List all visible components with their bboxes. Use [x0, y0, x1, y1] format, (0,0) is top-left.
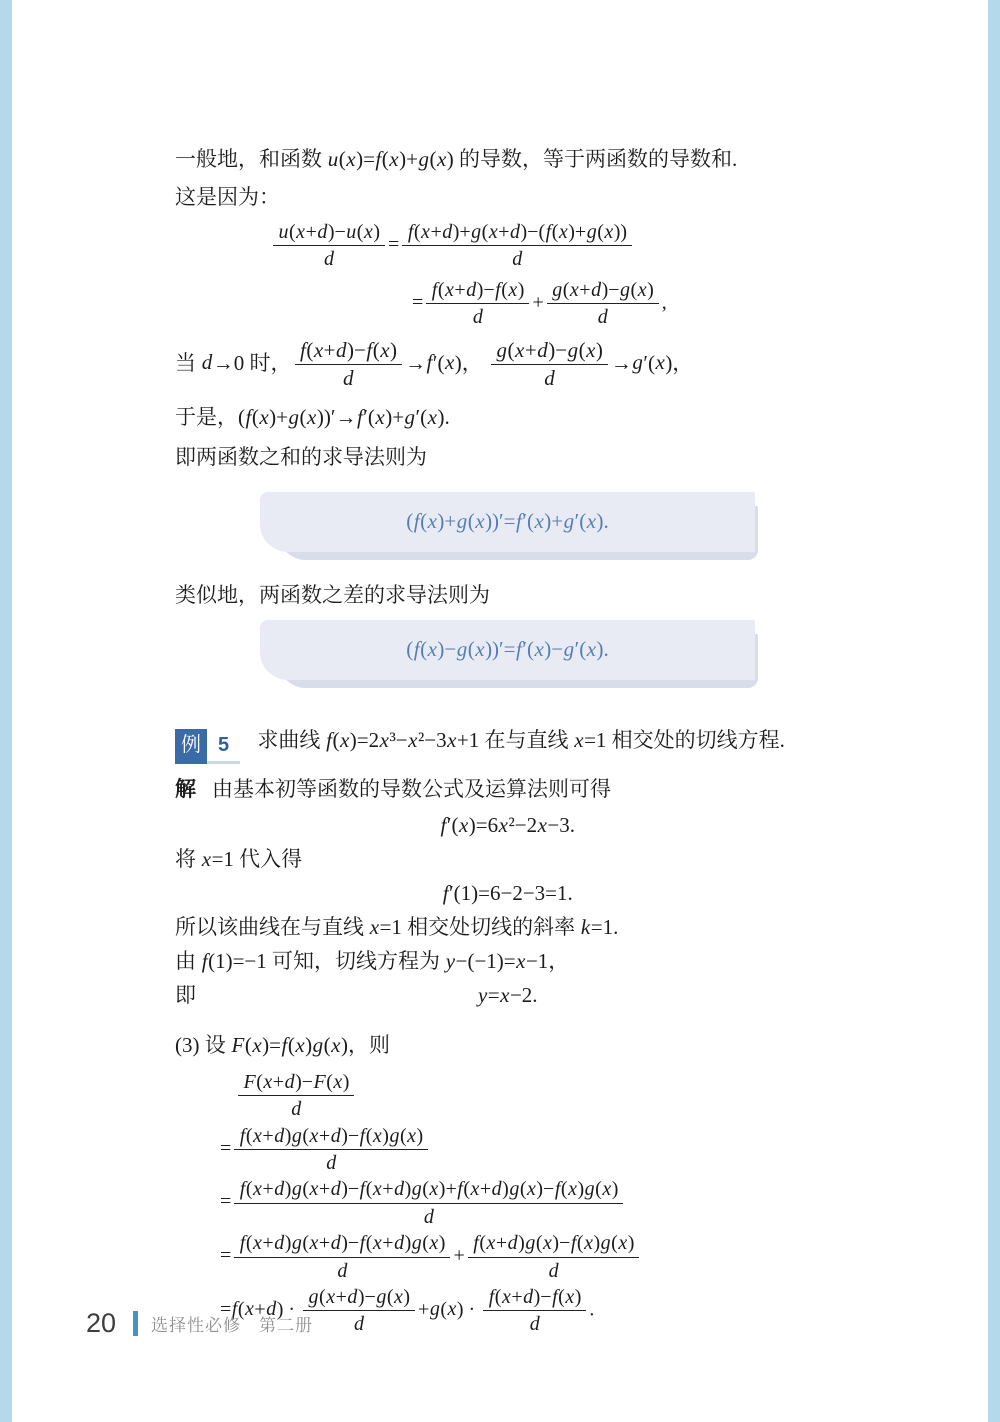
sum-rule-intro: 即两函数之和的求导法则为 — [175, 440, 840, 474]
page-number: 20 — [86, 1308, 116, 1339]
example-label-char: 例 — [175, 729, 207, 764]
rule-box-diff-formula: (f(x)−g(x))′=f′(x)−g′(x). — [260, 620, 755, 680]
thus-line: 于是，(f(x)+g(x))′→f′(x)+g′(x). — [175, 400, 840, 434]
limit-line: 当 d→0 时，f(x+d)−f(x)d→f′(x)， g(x+d)−g(x)d… — [175, 338, 840, 392]
rule-box-diff: (f(x)−g(x))′=f′(x)−g′(x). — [260, 620, 755, 680]
product-intro: (3) 设 F(x)=f(x)g(x)，则 — [175, 1028, 840, 1062]
page-edge-strip-right — [988, 0, 1000, 1422]
book-title: 选择性必修 第二册 — [151, 1311, 313, 1336]
slope-line: 所以该曲线在与直线 x=1 相交处切线的斜率 k=1. — [175, 910, 840, 944]
textbook-page: { "colors": { "edge_strip": "#b3d9ea", "… — [0, 0, 1000, 1422]
example-label: 例 5 — [175, 729, 240, 764]
derivative-equation: f′(x)=6x²−2x−3. — [175, 808, 840, 842]
page-content: 一般地，和函数 u(x)=f(x)+g(x) 的导数，等于两函数的导数和. 这是… — [175, 142, 840, 1339]
substitute-line: 将 x=1 代入得 — [175, 842, 840, 876]
solution-intro: 由基本初等函数的导数公式及运算法则可得 — [212, 777, 611, 801]
product-step: =f(x+d)g(x+d)−f(x)g(x)d — [220, 1124, 840, 1176]
solution-label: 解 — [175, 777, 196, 801]
page-footer: 20 选择性必修 第二册 — [86, 1308, 313, 1339]
sum-derivation-eq1: u(x+d)−u(x)d=f(x+d)+g(x+d)−(f(x)+g(x))d — [270, 220, 840, 272]
intro-line-2: 这是因为： — [175, 180, 840, 214]
footer-accent-bar — [133, 1311, 138, 1336]
tangent-line: 由 f(1)=−1 可知，切线方程为 y−(−1)=x−1， — [175, 944, 840, 978]
value-equation: f′(1)=6−2−3=1. — [175, 876, 840, 910]
intro-line-1: 一般地，和函数 u(x)=f(x)+g(x) 的导数，等于两函数的导数和. — [175, 142, 840, 176]
example-problem: 求曲线 f(x)=2x³−x²−3x+1 在与直线 x=1 相交处的切线方程. — [257, 728, 785, 752]
sum-derivation-eq2: =f(x+d)−f(x)d+g(x+d)−g(x)d, — [412, 278, 840, 330]
page-edge-strip-left — [0, 0, 12, 1422]
product-step: F(x+d)−F(x)d — [235, 1070, 840, 1122]
rule-box-sum: (f(x)+g(x))′=f′(x)+g′(x). — [260, 492, 755, 552]
diff-rule-intro: 类似地，两函数之差的求导法则为 — [175, 578, 840, 612]
solution-row: 解由基本初等函数的导数公式及运算法则可得 — [175, 772, 840, 806]
rule-box-sum-formula: (f(x)+g(x))′=f′(x)+g′(x). — [260, 492, 755, 552]
final-equation: y=x−2. — [175, 978, 840, 1012]
product-derivation: F(x+d)−F(x)d =f(x+d)g(x+d)−f(x)g(x)d =f(… — [175, 1070, 840, 1337]
product-step: =f(x+d)g(x+d)−f(x+d)g(x)+f(x+d)g(x)−f(x)… — [220, 1177, 840, 1229]
example-5-row: 例 5 求曲线 f(x)=2x³−x²−3x+1 在与直线 x=1 相交处的切线… — [175, 722, 840, 764]
namely-label: 即 — [175, 978, 196, 1012]
example-label-number: 5 — [207, 729, 240, 764]
product-step: =f(x+d)g(x+d)−f(x+d)g(x)d+f(x+d)g(x)−f(x… — [220, 1231, 840, 1283]
final-equation-row: 即 y=x−2. — [175, 978, 840, 1012]
